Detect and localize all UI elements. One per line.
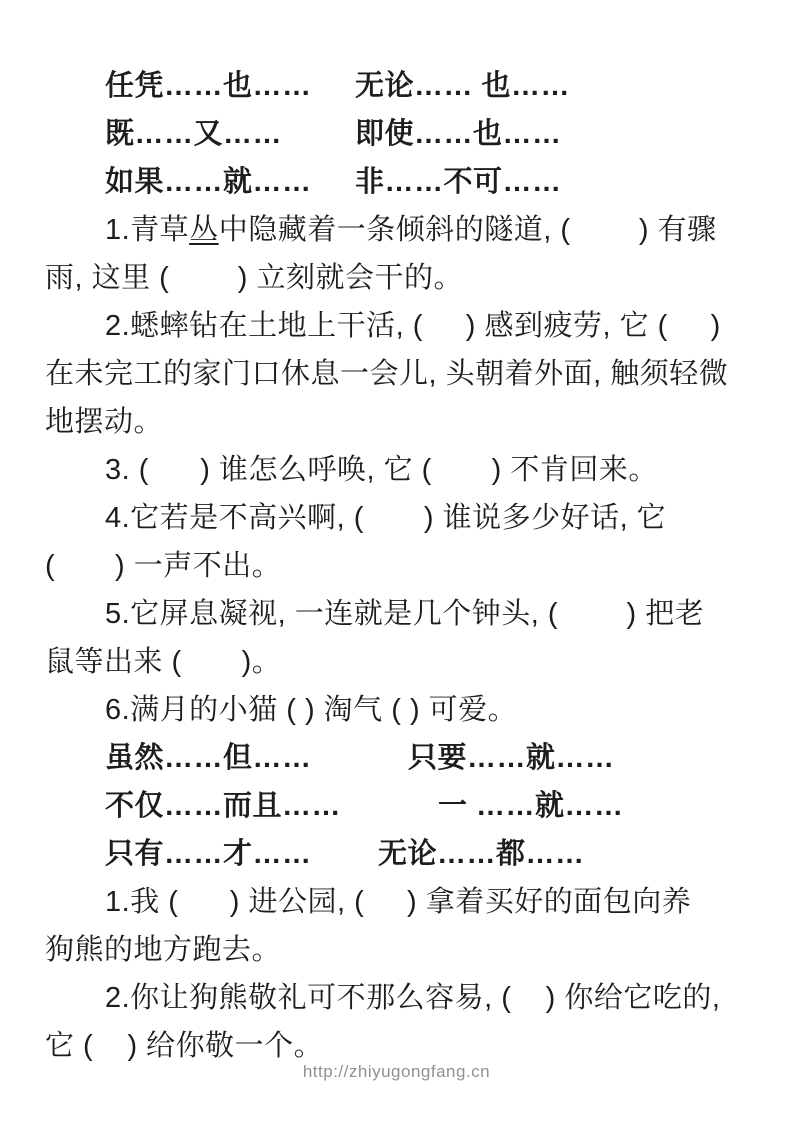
- pair-left: 只有……才……: [105, 830, 378, 878]
- pair-left: 虽然……但……: [105, 734, 408, 782]
- text-segment: 中隐藏着一条倾斜的隧道, ( ) 有骤: [219, 214, 717, 246]
- text-segment: 1.青草: [105, 214, 189, 246]
- conjunction-pair-block-1: 任凭……也……无论…… 也…… 既……又……即使……也…… 如果……就……非………: [45, 62, 751, 206]
- pair-right: 一 ……就……: [438, 790, 624, 822]
- pair-row: 虽然……但……只要……就……: [45, 734, 751, 782]
- exercise-1-line-2: 雨, 这里 ( ) 立刻就会干的。: [45, 254, 751, 302]
- worksheet-content: 任凭……也……无论…… 也…… 既……又……即使……也…… 如果……就……非………: [0, 0, 793, 1070]
- exercise-1-line-1: 1.青草丛中隐藏着一条倾斜的隧道, ( ) 有骤: [45, 206, 751, 254]
- pair-row: 既……又……即使……也……: [45, 110, 751, 158]
- pair-right: 即使……也……: [355, 118, 562, 150]
- exercise-3-line-1: 3. ( ) 谁怎么呼唤, 它 ( ) 不肯回来。: [45, 446, 751, 494]
- exercise-4-line-2: ( ) 一声不出。: [45, 542, 751, 590]
- pair-left: 任凭……也……: [105, 62, 355, 110]
- exercise2-2-line-1: 2.你让狗熊敬礼可不那么容易, ( ) 你给它吃的,: [45, 974, 751, 1022]
- pair-left: 既……又……: [105, 110, 355, 158]
- exercise-6-line-1: 6.满月的小猫 ( ) 淘气 ( ) 可爱。: [45, 686, 751, 734]
- footer-url: http://zhiyugongfang.cn: [0, 1062, 793, 1082]
- exercise-2-line-2: 在未完工的家门口休息一会儿, 头朝着外面, 触须轻微: [45, 350, 751, 398]
- exercise-5-line-2: 鼠等出来 ( )。: [45, 638, 751, 686]
- exercise-4-line-1: 4.它若是不高兴啊, ( ) 谁说多少好话, 它: [45, 494, 751, 542]
- exercise2-1-line-1: 1.我 ( ) 进公园, ( ) 拿着买好的面包向养: [45, 878, 751, 926]
- pair-row: 不仅……而且……一 ……就……: [45, 782, 751, 830]
- pair-left: 不仅……而且……: [105, 782, 438, 830]
- pair-row: 如果……就……非……不可……: [45, 158, 751, 206]
- exercise2-1-line-2: 狗熊的地方跑去。: [45, 926, 751, 974]
- exercise-5-line-1: 5.它屏息凝视, 一连就是几个钟头, ( ) 把老: [45, 590, 751, 638]
- underlined-char: 丛: [189, 214, 219, 246]
- pair-row: 任凭……也……无论…… 也……: [45, 62, 751, 110]
- exercise-2-line-1: 2.蟋蟀钻在土地上干活, ( ) 感到疲劳, 它 ( ): [45, 302, 751, 350]
- pair-left: 如果……就……: [105, 158, 355, 206]
- conjunction-pair-block-2: 虽然……但……只要……就…… 不仅……而且……一 ……就…… 只有……才……无论…: [45, 734, 751, 878]
- exercise-2-line-3: 地摆动。: [45, 398, 751, 446]
- pair-right: 无论……都……: [378, 838, 585, 870]
- pair-right: 非……不可……: [355, 166, 562, 198]
- pair-right: 只要……就……: [408, 742, 615, 774]
- pair-row: 只有……才……无论……都……: [45, 830, 751, 878]
- pair-right: 无论…… 也……: [355, 70, 570, 102]
